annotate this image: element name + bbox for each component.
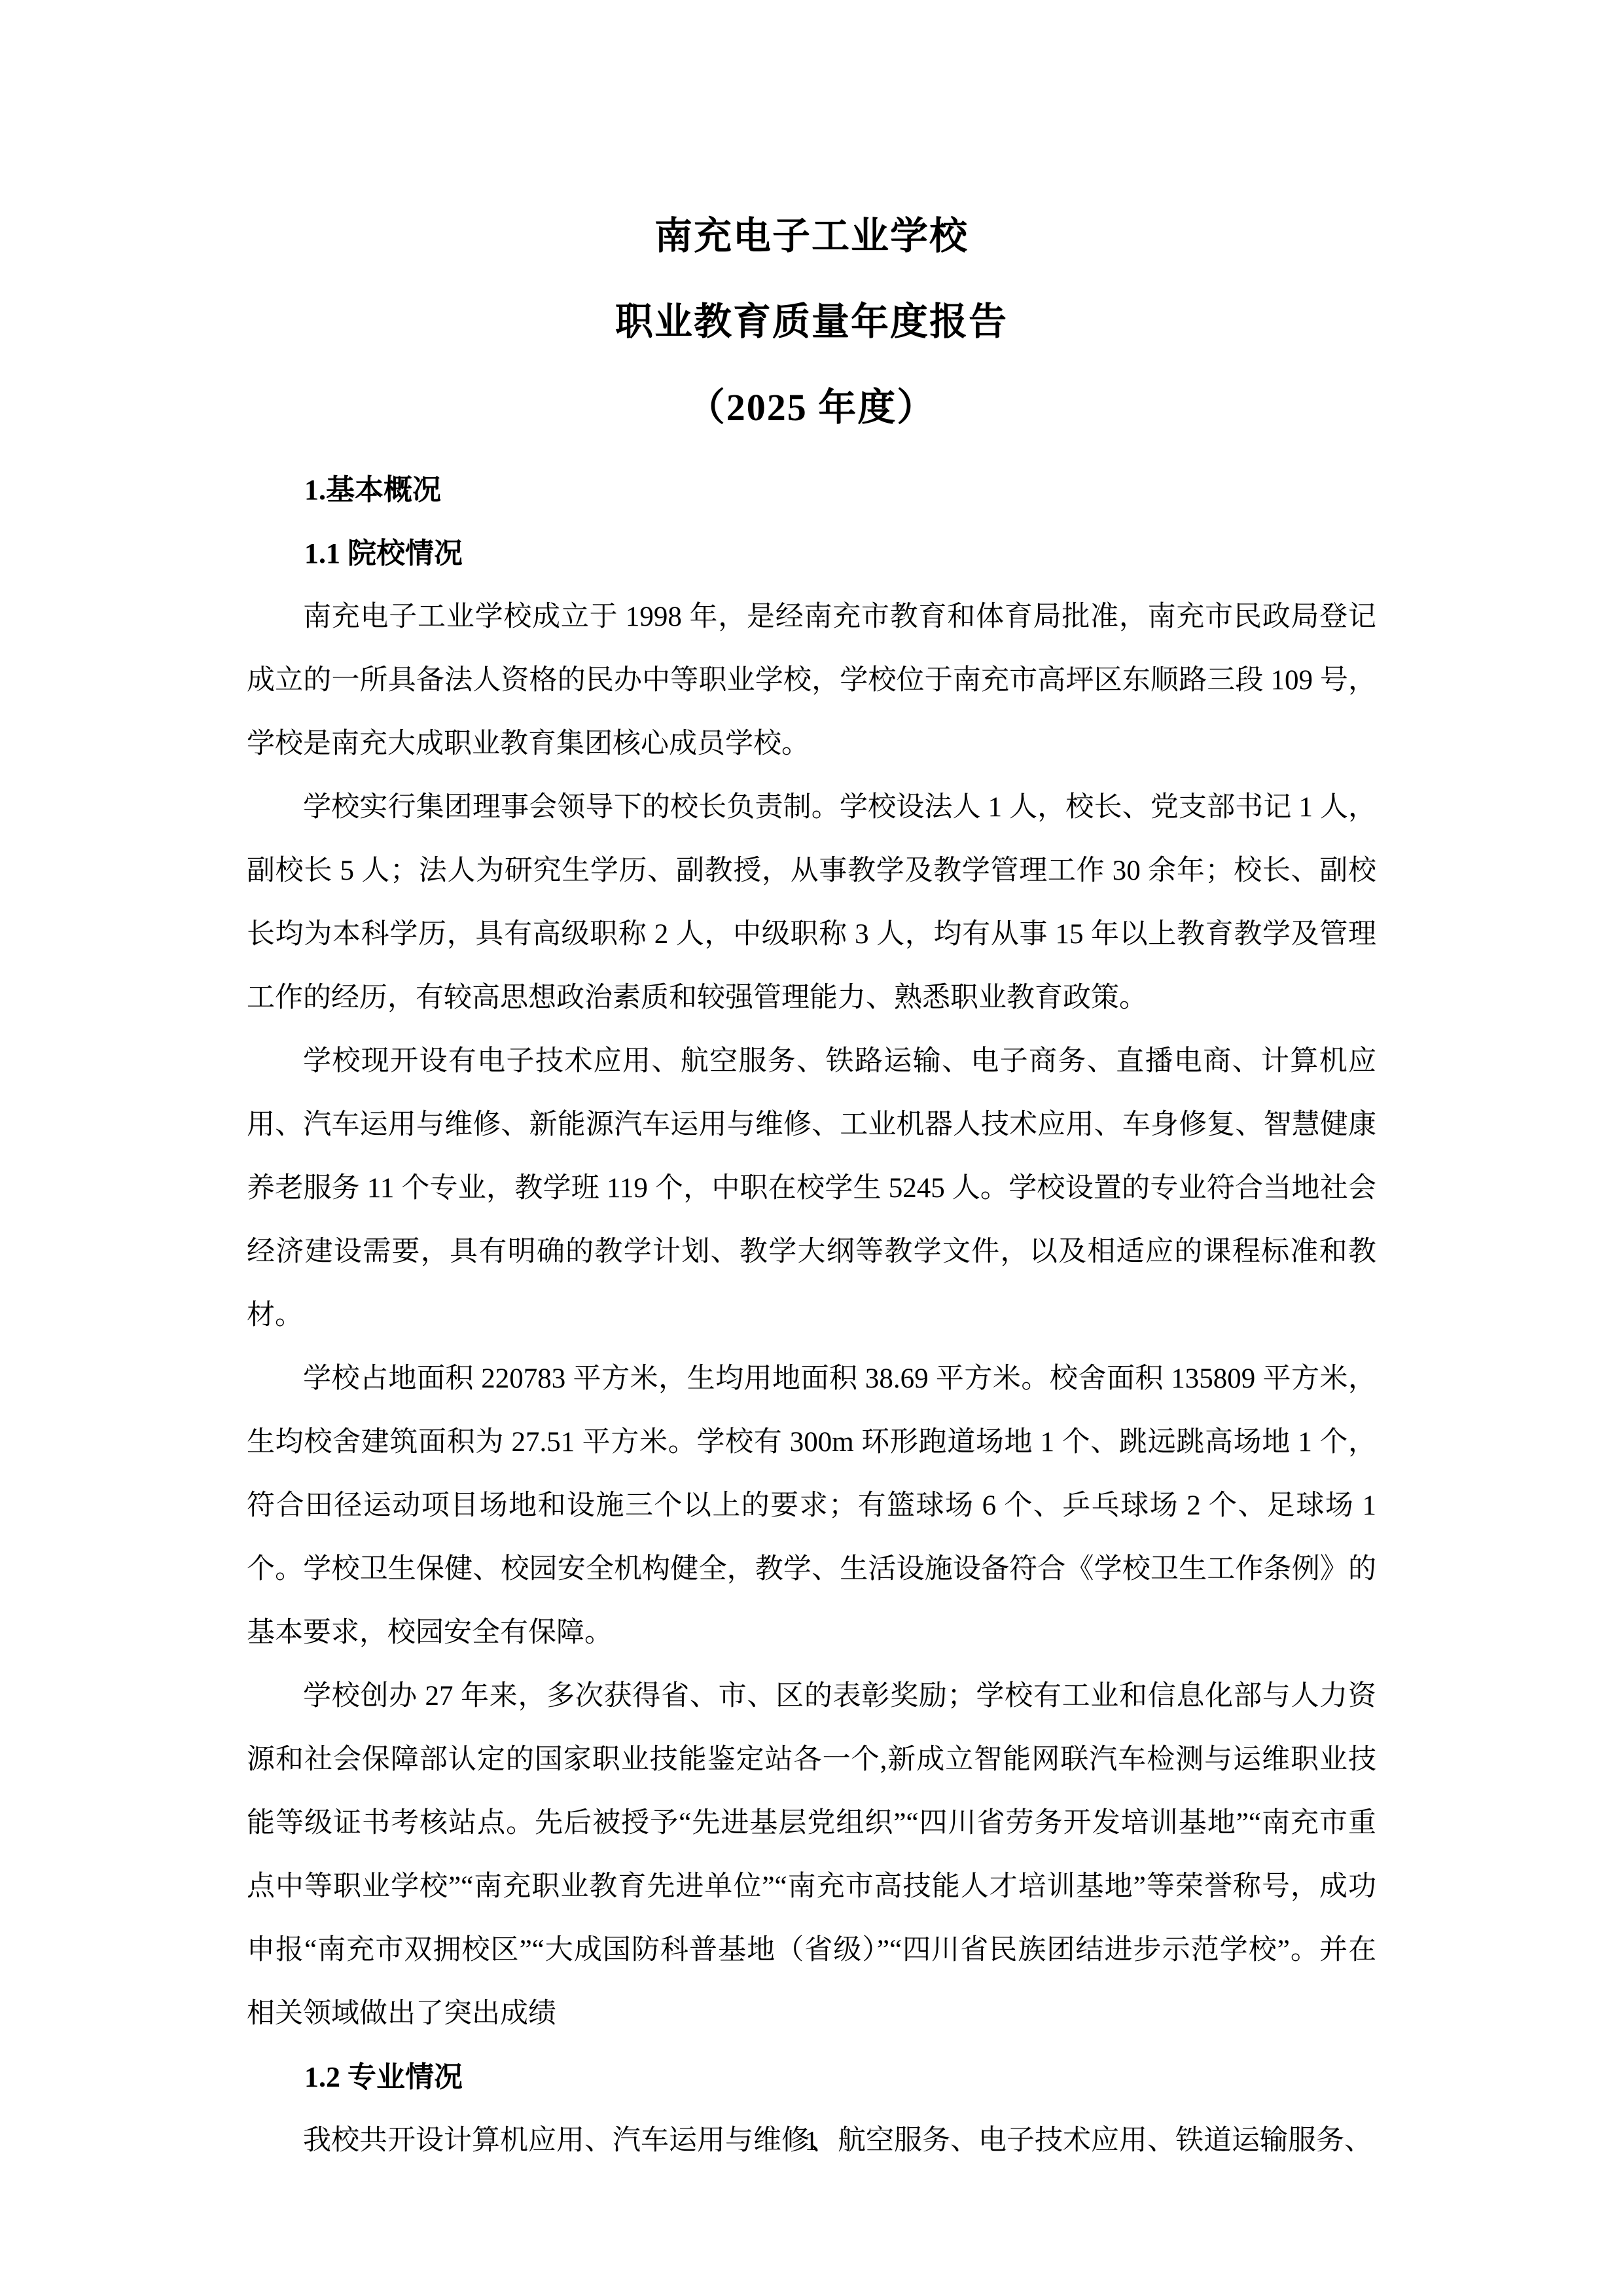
section-heading-school-situation: 1.1 院校情况 xyxy=(247,522,1376,585)
paragraph-campus-area-facilities: 学校占地面积 220783 平方米，生均用地面积 38.69 平方米。校舍面积 … xyxy=(247,1347,1376,1664)
page-number: 1 xyxy=(0,2122,1623,2161)
paragraph-school-founding: 南充电子工业学校成立于 1998 年，是经南充市教育和体育局批准，南充市民政局登… xyxy=(247,585,1376,776)
document-body: 1.基本概况 1.1 院校情况 南充电子工业学校成立于 1998 年，是经南充市… xyxy=(247,458,1376,2172)
document-title-block: 南充电子工业学校 职业教育质量年度报告 （2025 年度） xyxy=(0,193,1623,450)
paragraph-school-leadership: 学校实行集团理事会领导下的校长负责制。学校设法人 1 人，校长、党支部书记 1 … xyxy=(247,776,1376,1030)
section-heading-basic-overview: 1.基本概况 xyxy=(247,458,1376,522)
page-footer: 1 xyxy=(0,2122,1623,2161)
paragraph-awards-honors: 学校创办 27 年来，多次获得省、市、区的表彰奖励；学校有工业和信息化部与人力资… xyxy=(247,1664,1376,2045)
section-heading-major-situation: 1.2 专业情况 xyxy=(247,2045,1376,2109)
document-title-year: （2025 年度） xyxy=(0,365,1623,450)
paragraph-majors-enrollment: 学校现开设有电子技术应用、航空服务、铁路运输、电子商务、直播电商、计算机应用、汽… xyxy=(247,1030,1376,1347)
document-title-report-name: 职业教育质量年度报告 xyxy=(0,279,1623,365)
document-page: 南充电子工业学校 职业教育质量年度报告 （2025 年度） 1.基本概况 1.1… xyxy=(0,0,1623,2296)
document-title-school-name: 南充电子工业学校 xyxy=(0,193,1623,279)
